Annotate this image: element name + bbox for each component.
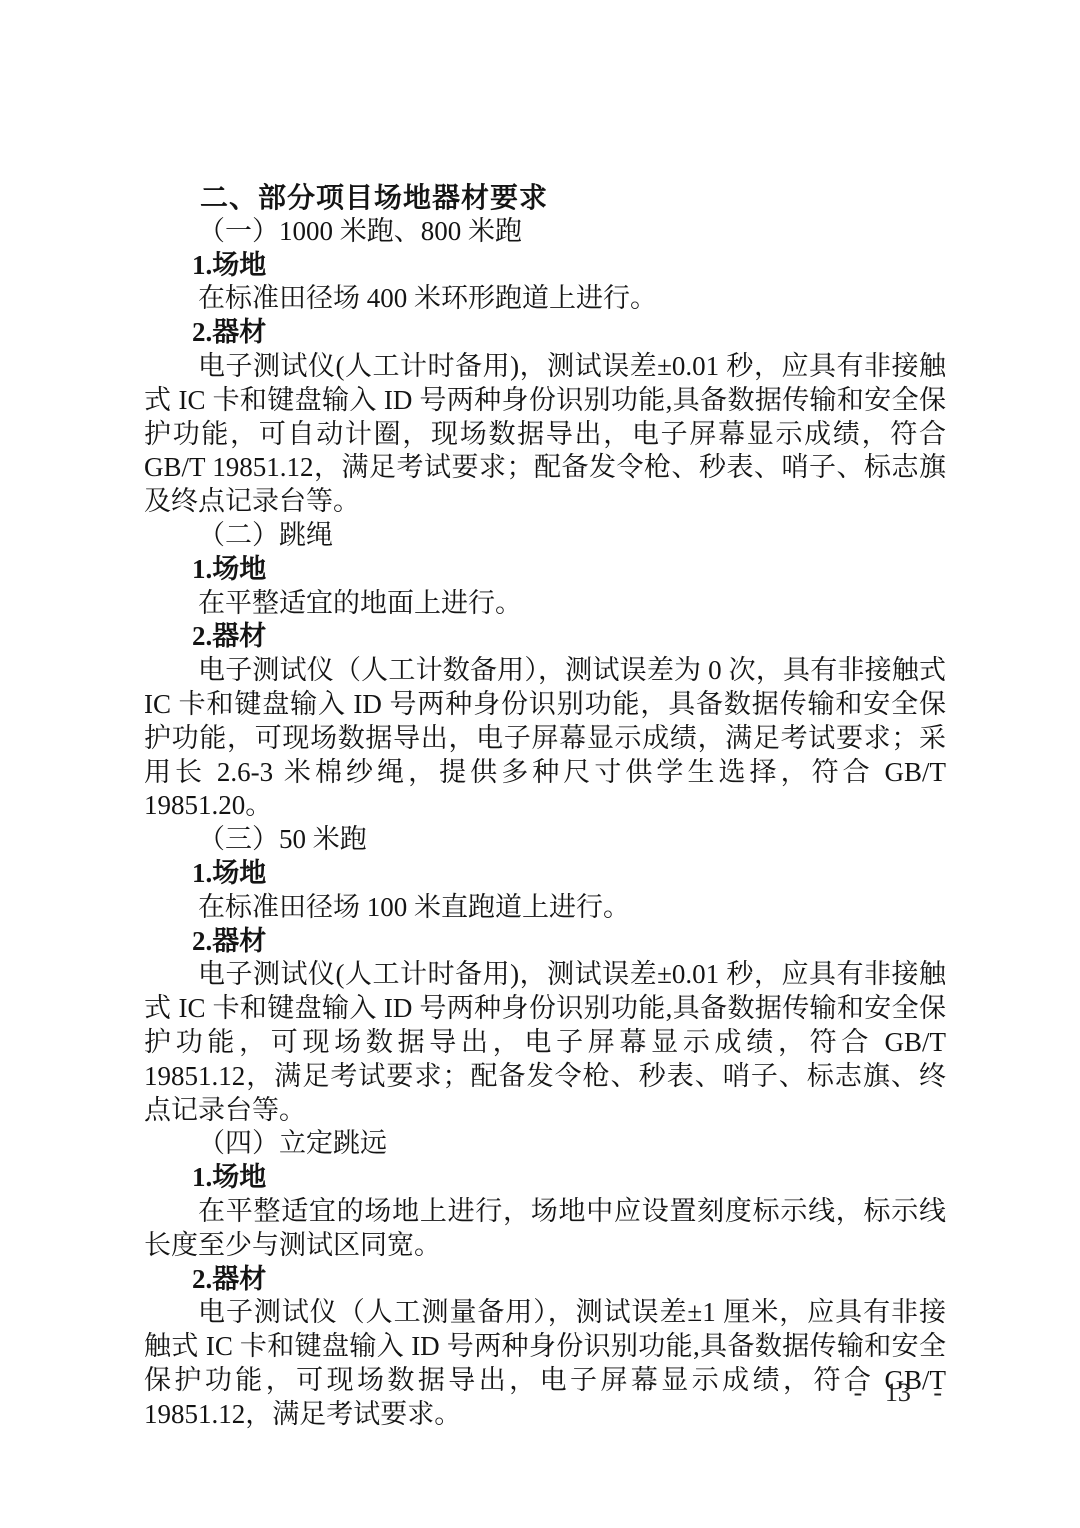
item-label-equipment: 2.器材 <box>144 925 946 959</box>
item-text-equipment: 电子测试仪（人工测量备用），测试误差±1 厘米，应具有非接触式 IC 卡和键盘输… <box>144 1296 946 1431</box>
item-label-venue: 1.场地 <box>144 249 946 283</box>
item-label-equipment: 2.器材 <box>144 1263 946 1297</box>
item-label-venue: 1.场地 <box>144 553 946 587</box>
item-text-venue: 在平整适宜的场地上进行，场地中应设置刻度标示线，标示线长度至少与测试区同宽。 <box>144 1195 946 1263</box>
subsection-title: （一）1000 米跑、800 米跑 <box>144 215 946 249</box>
page-title: 二、部分项目场地器材要求 <box>144 181 946 215</box>
item-text-venue: 在标准田径场 100 米直跑道上进行。 <box>144 891 946 925</box>
section-standing-long-jump: （四）立定跳远 1.场地 在平整适宜的场地上进行，场地中应设置刻度标示线，标示线… <box>144 1127 946 1431</box>
item-label-equipment: 2.器材 <box>144 316 946 350</box>
item-label-venue: 1.场地 <box>144 857 946 891</box>
section-50m-run: （三）50 米跑 1.场地 在标准田径场 100 米直跑道上进行。 2.器材 电… <box>144 823 946 1127</box>
document-page: 二、部分项目场地器材要求 （一）1000 米跑、800 米跑 1.场地 在标准田… <box>0 0 1080 1528</box>
item-label-venue: 1.场地 <box>144 1161 946 1195</box>
item-text-venue: 在标准田径场 400 米环形跑道上进行。 <box>144 282 946 316</box>
item-text-equipment: 电子测试仪（人工计数备用），测试误差为 0 次，具有非接触式 IC 卡和键盘输入… <box>144 654 946 823</box>
item-text-equipment: 电子测试仪(人工计时备用)，测试误差±0.01 秒，应具有非接触式 IC 卡和键… <box>144 958 946 1127</box>
item-label-equipment: 2.器材 <box>144 620 946 654</box>
page-number: - 13 - <box>854 1376 942 1410</box>
subsection-title: （四）立定跳远 <box>144 1127 946 1161</box>
subsection-title: （三）50 米跑 <box>144 823 946 857</box>
section-1000m-800m-run: （一）1000 米跑、800 米跑 1.场地 在标准田径场 400 米环形跑道上… <box>144 215 946 519</box>
subsection-title: （二）跳绳 <box>144 519 946 553</box>
item-text-equipment: 电子测试仪(人工计时备用)，测试误差±0.01 秒，应具有非接触式 IC 卡和键… <box>144 350 946 519</box>
document-content: 二、部分项目场地器材要求 （一）1000 米跑、800 米跑 1.场地 在标准田… <box>144 181 946 1431</box>
item-text-venue: 在平整适宜的地面上进行。 <box>144 587 946 621</box>
section-rope-skipping: （二）跳绳 1.场地 在平整适宜的地面上进行。 2.器材 电子测试仪（人工计数备… <box>144 519 946 823</box>
